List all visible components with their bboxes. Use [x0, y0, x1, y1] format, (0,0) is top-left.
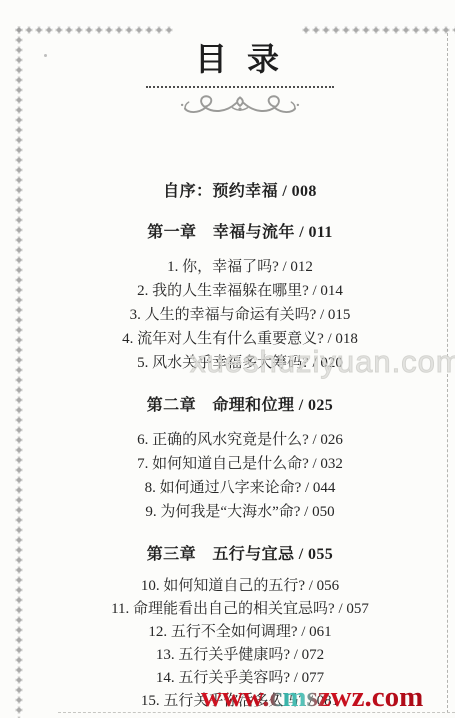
site-watermark: www.cmszwz.com [201, 683, 423, 712]
flourish-ornament-icon [174, 90, 306, 118]
toc-items: 6. 正确的风水究竟是什么? / 0267. 如何知道自己是什么命? / 032… [25, 428, 455, 524]
ornamental-border-left [14, 25, 25, 718]
toc-preface: 自序：预约幸福 / 008 [25, 182, 455, 202]
toc-item: 12. 五行不全如何调理? / 061 [25, 621, 455, 644]
scanned-toc-page: 目 录 自序：预约幸福 / 008第一章 幸福与流年 / 0111. 你，幸福了… [0, 0, 455, 718]
toc-item: 1. 你，幸福了吗? / 012 [25, 255, 455, 279]
toc-item: 3. 人生的幸福与命运有关吗? / 015 [25, 303, 455, 327]
toc-item: 11. 命理能看出自己的相关宜忌吗? / 057 [25, 598, 455, 621]
toc-item: 10. 如何知道自己的五行? / 056 [25, 575, 455, 598]
dotted-divider [146, 86, 334, 88]
page-title: 目 录 [25, 42, 455, 76]
toc: 自序：预约幸福 / 008第一章 幸福与流年 / 0111. 你，幸福了吗? /… [25, 182, 455, 713]
toc-chapter-heading: 第三章 五行与宜忌 / 055 [25, 545, 455, 565]
toc-item: 7. 如何知道自己是什么命? / 032 [25, 452, 455, 476]
toc-item: 2. 我的人生幸福躲在哪里? / 014 [25, 279, 455, 303]
center-watermark: xueshuziyuan.com [190, 346, 455, 377]
toc-section: 第二章 命理和位理 / 0256. 正确的风水究竟是什么? / 0267. 如何… [25, 396, 455, 524]
toc-item: 9. 为何我是“大海水”命? / 050 [25, 500, 455, 524]
toc-chapter-heading: 第一章 幸福与流年 / 011 [25, 223, 455, 243]
toc-item: 13. 五行关乎健康吗? / 072 [25, 644, 455, 667]
toc-item: 6. 正确的风水究竟是什么? / 026 [25, 428, 455, 452]
toc-item: 8. 如何通过八字来论命? / 044 [25, 476, 455, 500]
toc-chapter-heading: 第二章 命理和位理 / 025 [25, 396, 455, 416]
